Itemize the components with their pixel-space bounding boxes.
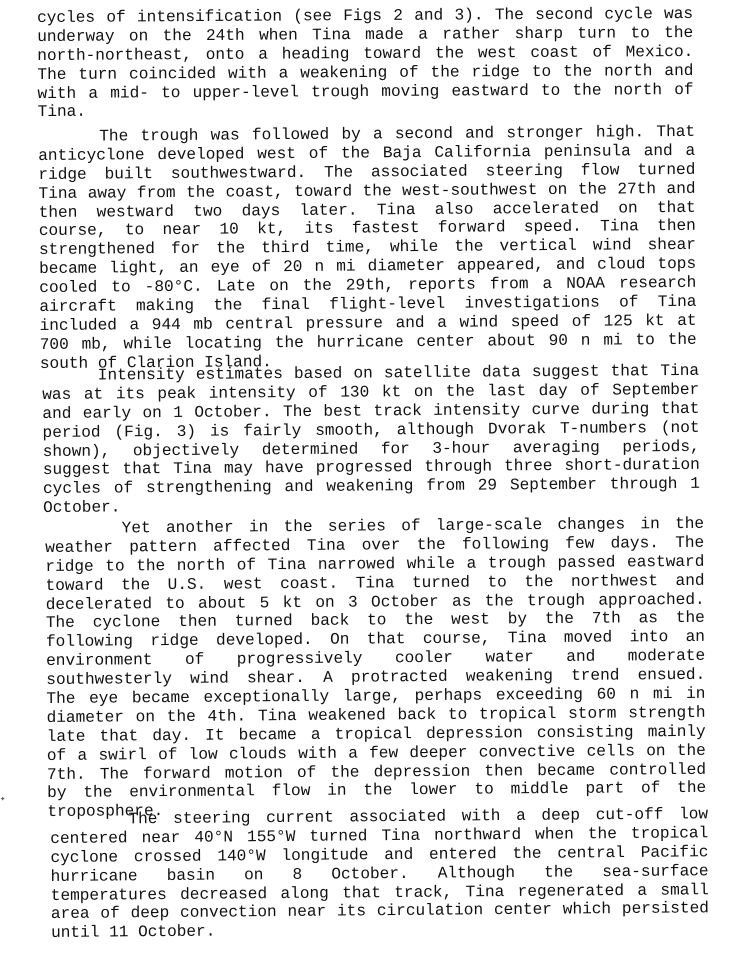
paragraph-second-high: The trough was followed by a second and … [38,123,697,374]
paragraph-central-pacific: The steering current associated with a d… [50,805,709,943]
document-page: cycles of intensification (see Figs 2 an… [0,0,731,964]
paragraph-intensification-cycles: cycles of intensification (see Figs 2 an… [37,5,694,122]
scan-artifact-mark: ✦ [0,795,5,803]
paragraph-peak-intensity: Intensity estimates based on satellite d… [42,362,700,518]
text-line: Tina. [38,99,694,122]
paragraph-weakening-trend: Yet another in the series of large-scale… [45,515,706,822]
